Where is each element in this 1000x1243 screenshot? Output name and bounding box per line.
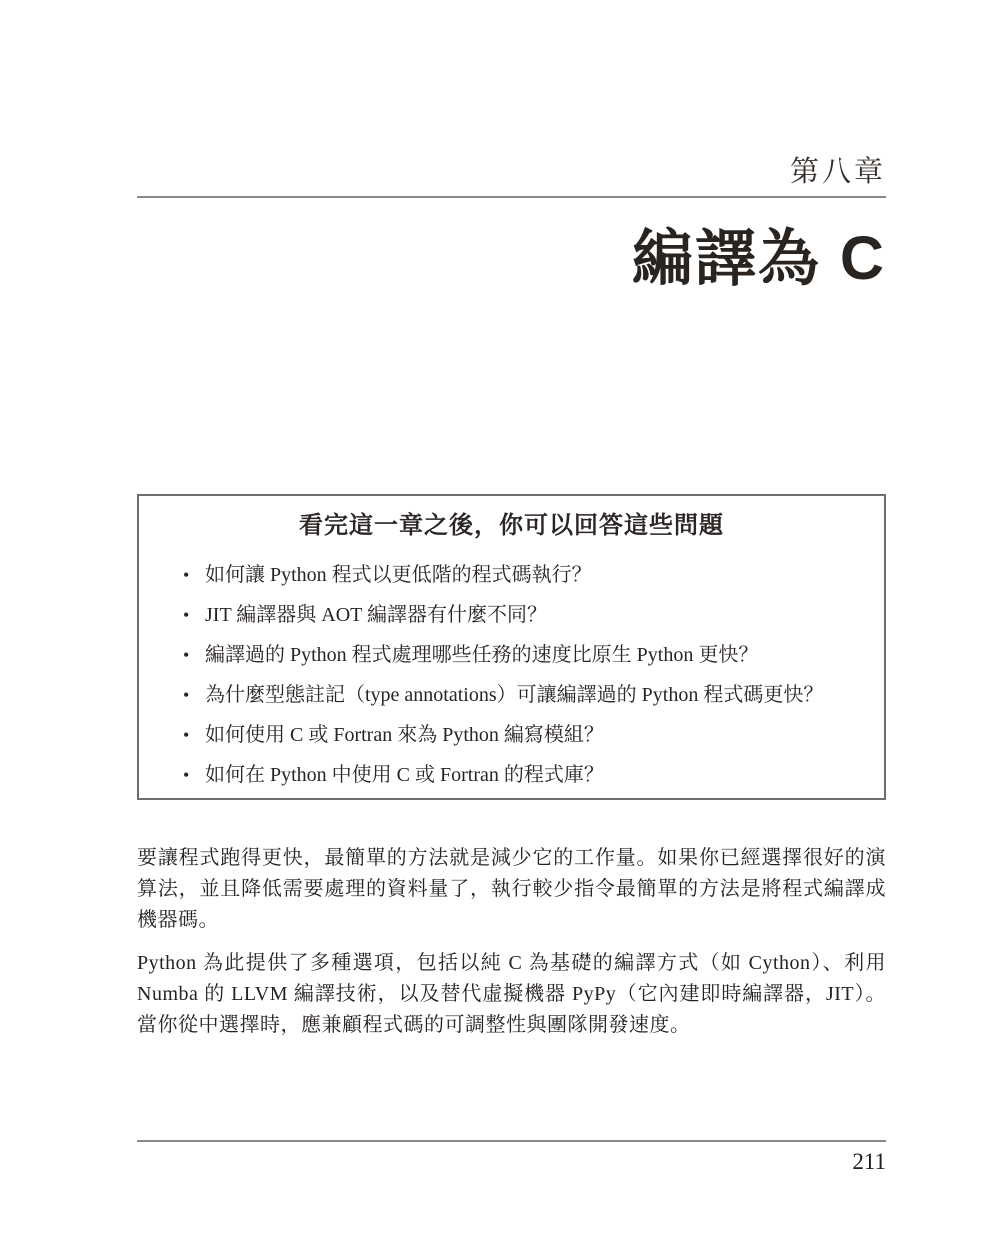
question-item: • 如何在 Python 中使用 C 或 Fortran 的程式庫？ [139,764,884,804]
question-item-text: 編譯過的 Python 程式處理哪些任務的速度比原生 Python 更快？ [205,644,758,666]
question-item-text: 如何在 Python 中使用 C 或 Fortran 的程式庫？ [205,764,604,786]
question-item: • 如何讓 Python 程式以更低階的程式碼執行？ [139,564,884,604]
question-box-title: 看完這一章之後，你可以回答這些問題 [139,510,884,542]
question-item: • JIT 編譯器與 AOT 編譯器有什麼不同？ [139,604,884,644]
book-page: 第八章 編譯為 C 看完這一章之後，你可以回答這些問題 • 如何讓 Python… [0,0,1000,1243]
question-box: 看完這一章之後，你可以回答這些問題 • 如何讓 Python 程式以更低階的程式… [137,494,886,800]
bullet-icon: • [183,644,189,666]
chapter-title: 編譯為 C [137,224,886,292]
bullet-icon: • [183,564,189,586]
body-paragraph-1: 要讓程式跑得更快，最簡單的方法就是減少它的工作量。如果你已經選擇很好的演算法，並… [137,843,886,936]
bullet-icon: • [183,604,189,626]
chapter-label: 第八章 [137,155,886,189]
question-item-text: JIT 編譯器與 AOT 編譯器有什麼不同？ [205,604,547,626]
question-item: • 如何使用 C 或 Fortran 來為 Python 編寫模組？ [139,724,884,764]
question-item-text: 為什麼型態註記（type annotations）可讓編譯過的 Python 程… [205,684,823,706]
question-item-text: 如何使用 C 或 Fortran 來為 Python 編寫模組？ [205,724,604,746]
question-item-text: 如何讓 Python 程式以更低階的程式碼執行？ [205,564,592,586]
bullet-icon: • [183,764,189,786]
bullet-icon: • [183,724,189,746]
question-item: • 為什麼型態註記（type annotations）可讓編譯過的 Python… [139,684,884,724]
bullet-icon: • [183,684,189,706]
footer-rule [137,1140,886,1142]
question-item: • 編譯過的 Python 程式處理哪些任務的速度比原生 Python 更快？ [139,644,884,684]
question-list: • 如何讓 Python 程式以更低階的程式碼執行？ • JIT 編譯器與 AO… [139,564,884,804]
page-number: 211 [137,1147,886,1177]
body-paragraph-2: Python 為此提供了多種選項，包括以純 C 為基礎的編譯方式（如 Cytho… [137,948,886,1041]
header-rule [137,196,886,198]
